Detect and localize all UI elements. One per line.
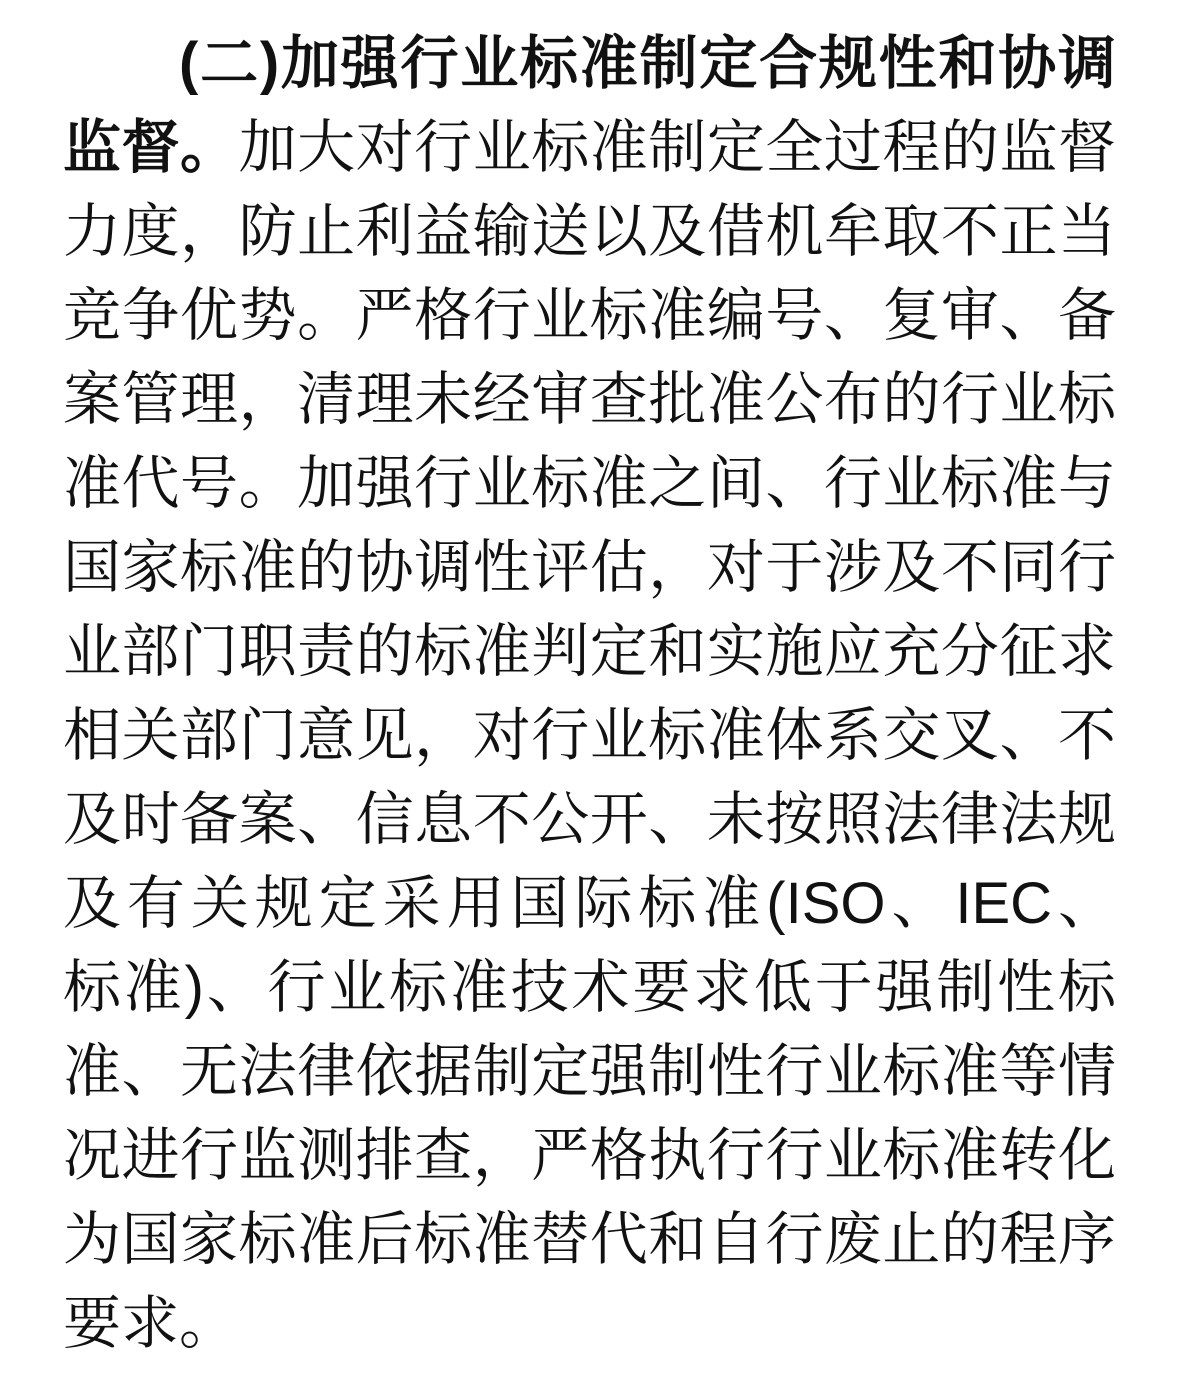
text-line: 准、无法律依据制定强制性行业标准等情 bbox=[63, 1030, 1116, 1114]
text-line: 业部门职责的标准判定和实施应充分征求 bbox=[63, 610, 1116, 694]
paragraph-section: (二)加强行业标准制定合规性和协调性监督。加大对行业标准制定全过程的监督力度，防… bbox=[63, 22, 1116, 1366]
body-segment: 加大对行业标准制定全过程的监督 bbox=[239, 115, 1116, 180]
text-line: 及有关规定采用国际标准(ISO、IEC、ITU bbox=[63, 862, 1116, 946]
text-line: 及时备案、信息不公开、未按照法律法规 bbox=[63, 778, 1116, 862]
text-line: 要求。 bbox=[63, 1282, 1116, 1366]
document-page: (二)加强行业标准制定合规性和协调性监督。加大对行业标准制定全过程的监督力度，防… bbox=[0, 0, 1179, 1374]
body-segment: 竞争优势。严格行业标准编号、复审、备 bbox=[63, 283, 1116, 348]
heading-segment: 监督。 bbox=[63, 115, 239, 180]
text-line: 力度，防止利益输送以及借机牟取不正当 bbox=[63, 190, 1116, 274]
text-line: (二)加强行业标准制定合规性和协调性 bbox=[63, 22, 1116, 106]
heading-segment: (二)加强行业标准制定合规性和协调性 bbox=[63, 31, 1116, 106]
text-line: 国家标准的协调性评估，对于涉及不同行 bbox=[63, 526, 1116, 610]
text-line: 标准)、行业标准技术要求低于强制性标 bbox=[63, 946, 1116, 1030]
body-segment: 准、无法律依据制定强制性行业标准等情 bbox=[63, 1039, 1116, 1104]
body-segment: 为国家标准后标准替代和自行废止的程序 bbox=[63, 1207, 1116, 1272]
text-line: 相关部门意见，对行业标准体系交叉、不 bbox=[63, 694, 1116, 778]
body-segment: 案管理，清理未经审查批准公布的行业标 bbox=[63, 367, 1116, 432]
body-segment: 准代号。加强行业标准之间、行业标准与 bbox=[63, 451, 1116, 516]
body-segment: 标准)、行业标准技术要求低于强制性标 bbox=[63, 955, 1116, 1020]
body-segment: 及时备案、信息不公开、未按照法律法规 bbox=[63, 787, 1116, 852]
text-line: 为国家标准后标准替代和自行废止的程序 bbox=[63, 1198, 1116, 1282]
text-line: 准代号。加强行业标准之间、行业标准与 bbox=[63, 442, 1116, 526]
body-segment: 力度，防止利益输送以及借机牟取不正当 bbox=[63, 199, 1116, 264]
body-segment: 要求。 bbox=[63, 1291, 237, 1356]
body-segment: 相关部门意见，对行业标准体系交叉、不 bbox=[63, 703, 1116, 768]
text-line: 监督。加大对行业标准制定全过程的监督 bbox=[63, 106, 1116, 190]
body-segment: 国家标准的协调性评估，对于涉及不同行 bbox=[63, 535, 1116, 600]
text-line: 竞争优势。严格行业标准编号、复审、备 bbox=[63, 274, 1116, 358]
text-line: 况进行监测排查，严格执行行业标准转化 bbox=[63, 1114, 1116, 1198]
text-line: 案管理，清理未经审查批准公布的行业标 bbox=[63, 358, 1116, 442]
body-segment: 及有关规定采用国际标准(ISO、IEC、ITU bbox=[63, 871, 1116, 946]
body-segment: 业部门职责的标准判定和实施应充分征求 bbox=[63, 619, 1116, 684]
body-segment: 况进行监测排查，严格执行行业标准转化 bbox=[63, 1123, 1116, 1188]
